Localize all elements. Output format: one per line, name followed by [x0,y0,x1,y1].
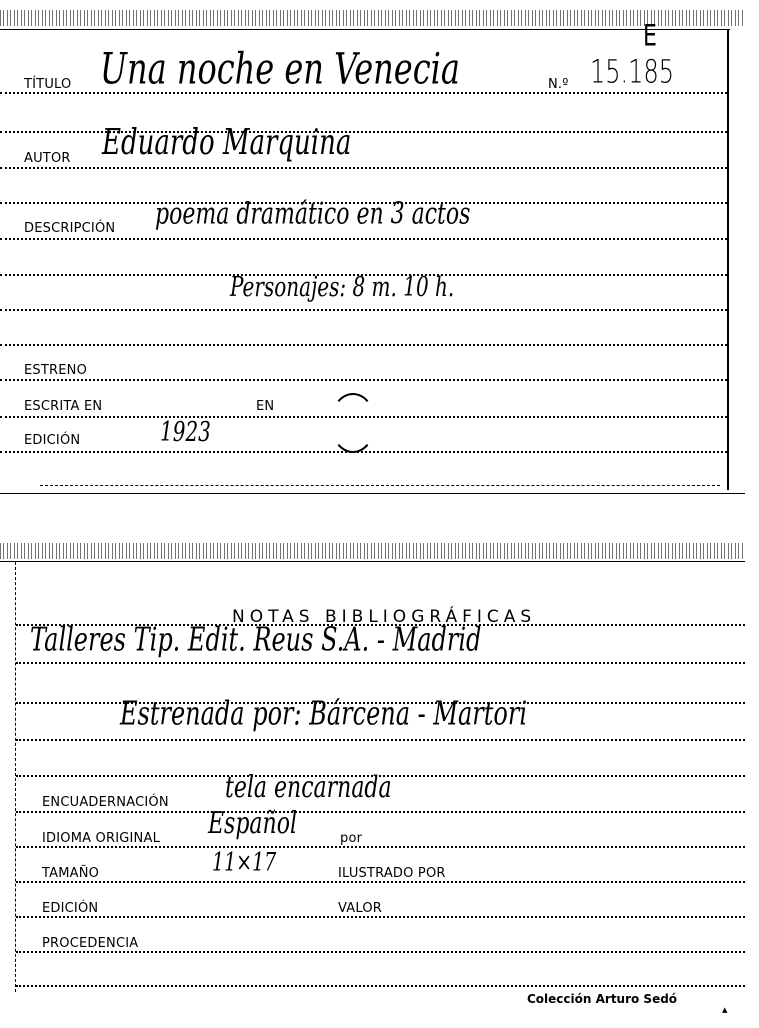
tamano-label: TAMAÑO [42,867,99,880]
titulo-value: Una noche en Venecia [100,47,460,90]
card-bottom-edge-line [0,561,745,562]
edicion-label-bottom: EDICIÓN [42,902,98,915]
ruled-line [16,846,745,848]
idioma-original-value: Español [208,810,297,840]
titulo-label: TÍTULO [24,78,71,91]
descripcion-extra: Personajes: 8 m. 10 h. [230,273,454,300]
descripcion-value: poema dramático en 3 actos [155,200,470,230]
numero-annotation: E [643,22,657,52]
estreno-label: ESTRENO [24,364,87,377]
collection-credit: Colección Arturo Sedó [527,992,677,1006]
scan-mark-icon: ▴ [722,1003,728,1016]
card-top-right-border [727,30,729,490]
autor-label: AUTOR [24,152,71,165]
edicion-value: 1923 [160,418,211,445]
ruled-line [16,951,745,953]
valor-label: VALOR [338,902,382,915]
ruled-line [0,309,727,311]
ruled-line [16,739,745,741]
ruled-line [0,167,727,169]
ruled-line [16,662,745,664]
por-label: por [340,832,362,845]
ruled-line [0,238,727,240]
procedencia-label: PROCEDENCIA [42,937,138,950]
edicion-label: EDICIÓN [24,434,80,447]
ruled-line [0,379,727,381]
ruled-line [0,451,727,453]
card-top-edge-line [0,29,730,30]
en-label: EN [256,400,274,413]
ruled-line [0,344,727,346]
card-bottom-left-border [15,562,16,992]
ruled-line [16,985,745,987]
encuadernacion-value: tela encarnada [225,774,392,804]
card-bottom-torn-edge [0,543,745,559]
descripcion-label: DESCRIPCIÓN [24,222,115,235]
ruled-line [16,916,745,918]
ruled-line [16,811,745,813]
numero-value: 15.185 [590,56,674,88]
faded-stamp-mark [330,393,376,453]
ruled-line [16,881,745,883]
ilustrado-por-label: ILUSTRADO POR [338,867,446,880]
encuadernacion-label: ENCUADERNACIÓN [42,796,169,809]
card-top-torn-edge [0,10,745,26]
autor-value: Eduardo Marquina [102,126,351,161]
note-line-1: Talleres Tip. Edit. Reus S.A. - Madrid [30,624,481,656]
numero-label: N.º [548,78,569,91]
card-top-bottom-edge [0,493,745,494]
escrita-en-label: ESCRITA EN [24,400,102,413]
idioma-original-label: IDIOMA ORIGINAL [42,832,160,845]
ruled-line-faint [40,485,720,486]
note-line-2: Estrenada por: Bárcena - Martori [120,698,527,730]
tamano-value: 11×17 [212,850,276,876]
